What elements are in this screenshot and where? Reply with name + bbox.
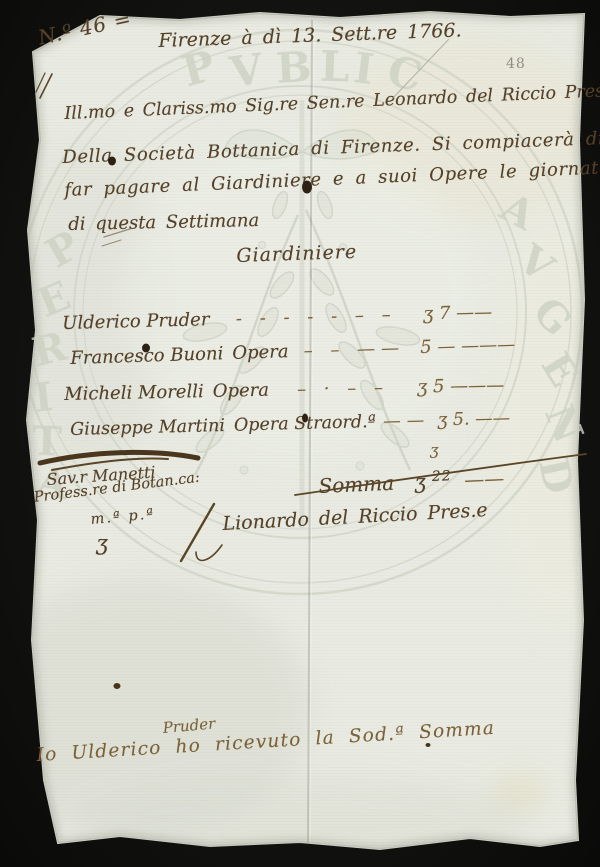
stamp-letter: T xyxy=(31,421,62,462)
worker-name: Micheli Morelli xyxy=(64,381,204,405)
row-amount: ʒ 7 —— xyxy=(423,302,493,325)
row-amount: ʒ 5. —— xyxy=(437,408,510,430)
worker-name: Giuseppe Martini xyxy=(70,416,225,440)
stamp-letter: I xyxy=(32,377,55,419)
somma-currency-symbol: ʒ xyxy=(414,469,426,493)
letter-line-4: di questa Settimana xyxy=(68,210,259,235)
section-heading: Giardiniere xyxy=(236,241,357,267)
somma-value: 22 xyxy=(432,468,453,485)
row-amount: 5 — ——— xyxy=(420,334,516,358)
row-dashes: – – —— xyxy=(288,337,420,362)
row-dashes: —— xyxy=(376,410,438,432)
row-qualifier: Opera Straord.ª xyxy=(234,412,377,436)
stamp-letter: L xyxy=(319,45,350,88)
row-qualifier: Opera xyxy=(213,380,270,402)
stamp-letter: B xyxy=(275,46,313,90)
row-dashes: – · – – xyxy=(269,377,418,401)
somma-dash: —— xyxy=(464,466,505,492)
manuscript-photo: P V B L I C A V G E N D P E R I T A N.º … xyxy=(0,0,600,867)
signature-flourish: ʒ xyxy=(96,531,108,555)
worker-name: Ulderico Pruder xyxy=(62,309,210,334)
stamp-letter: V xyxy=(227,48,265,94)
row-qualifier: Opera xyxy=(232,341,289,364)
row-amount: ʒ 5 ——— xyxy=(417,375,504,398)
somma-label: Somma xyxy=(318,471,395,498)
pencil-folio-number: 48 xyxy=(506,56,526,72)
row-amount-correction: ʒ xyxy=(430,441,438,459)
